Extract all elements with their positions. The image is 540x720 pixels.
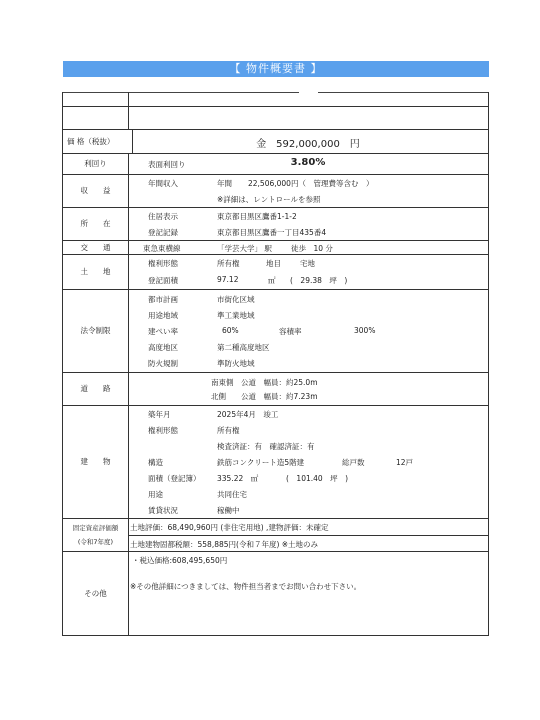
address-value: 東京都目黒区鷹番1-1-2: [217, 211, 297, 222]
table-row-income: 収 益 年間収入 年間 22,506,000円（ 管理費等含む ） ※詳細は、レ…: [62, 175, 489, 208]
income-cell: 年間収入 年間 22,506,000円（ 管理費等含む ） ※詳細は、レントロー…: [128, 175, 488, 207]
zoning-key: 用途地域: [148, 310, 178, 321]
legal-label: 法令制限: [63, 290, 129, 372]
table-row-blank-1: [62, 92, 489, 107]
table-row-legal-restrictions: 法令制限 都市計画 市街化区域 用途地域 準工業地域 建ぺい率 60% 容積率 …: [62, 290, 489, 373]
building-area-tsubo: ( 101.40 坪 ): [286, 473, 348, 484]
legal-cell: 都市計画 市街化区域 用途地域 準工業地域 建ぺい率 60% 容積率 300% …: [128, 290, 488, 372]
building-label: 建 物: [63, 406, 129, 518]
fixed-asset-cell: 土地評価：68,490,960円 (非住宅用地) ,建物評価：未確定 土地建物固…: [128, 519, 488, 551]
other-cell: ・税込価格:608,495,650円 ※その他詳細につきましては、物件担当者まで…: [128, 552, 488, 635]
use-key: 用途: [148, 489, 163, 500]
table-row-price: 価 格（税抜） 金 592,000,000 円: [62, 130, 489, 154]
city-plan-value: 市街化区域: [217, 294, 255, 305]
table-row-road: 道 路 南東側 公道 幅員：約25.0m 北側 公道 幅員：約7.23m: [62, 373, 489, 406]
height-district-key: 高度地区: [148, 342, 178, 353]
fixed-asset-label-line2: (令和7年度): [78, 535, 113, 549]
income-note: ※詳細は、レントロールを参照: [217, 194, 320, 205]
table-row-blank-2: [62, 107, 489, 130]
land-label: 土 地: [63, 255, 129, 289]
building-area-sqm: 335.22 ㎡: [217, 473, 258, 484]
table-row-location: 所 在 住居表示 東京都目黒区鷹番1-1-2 登記記録 東京都目黒区鷹番一丁目4…: [62, 208, 489, 241]
road-southeast: 南東側 公道 幅員：約25.0m: [211, 377, 318, 388]
built-key: 築年月: [148, 409, 171, 420]
land-area-key: 登記面積: [148, 275, 178, 286]
property-tax: 土地建物固都税額：558,885円(令和７年度) ※土地のみ: [130, 539, 318, 550]
fixed-asset-label-line1: 固定資産評価額: [73, 521, 119, 535]
land-valuation: 土地評価：68,490,960円 (非住宅用地) ,建物評価：未確定: [130, 522, 328, 533]
row-value: [128, 107, 488, 129]
road-cell: 南東側 公道 幅員：約25.0m 北側 公道 幅員：約7.23m: [128, 373, 488, 405]
contact-note: ※その他詳細につきましては、物件担当者までお問い合わせ下さい。: [130, 581, 361, 592]
units-value: 12戸: [396, 457, 413, 468]
bcr-key: 建ぺい率: [148, 326, 178, 337]
income-prefix: 年間: [217, 178, 232, 189]
fire-zone-value: 準防火地域: [217, 358, 255, 369]
price-value: 金 592,000,000 円: [128, 135, 488, 150]
table-row-yield: 利回り 表面利回り 3.80%: [62, 154, 489, 175]
certificates: 検査済証：有 確認済証：有: [217, 441, 315, 452]
land-area-tsubo: ( 29.38 坪 ): [290, 275, 347, 286]
price-cell: 金 592,000,000 円: [128, 130, 488, 153]
fire-zone-key: 防火規制: [148, 358, 178, 369]
fixed-asset-label: 固定資産評価額 (令和7年度): [63, 519, 129, 551]
land-rights-key: 権利形態: [148, 258, 178, 269]
address-key: 住居表示: [148, 211, 178, 222]
location-label: 所 在: [63, 208, 129, 240]
station-name: 「学芸大学」 駅: [217, 243, 272, 254]
use-value: 共同住宅: [217, 489, 247, 500]
far-key: 容積率: [279, 326, 302, 337]
yield-value: 3.80%: [128, 157, 488, 168]
walk-time: 徒歩 10 分: [291, 243, 333, 254]
row-label: [63, 107, 129, 129]
yield-label: 利回り: [63, 154, 129, 174]
building-rights-value: 所有権: [217, 425, 240, 436]
land-cell: 権利形態 所有権 地目 宅地 登記面積 97.12 ㎡ ( 29.38 坪 ): [128, 255, 488, 289]
other-label: その他: [63, 552, 129, 635]
building-cell: 築年月 2025年4月 竣工 権利形態 所有権 検査済証：有 確認済証：有 構造…: [128, 406, 488, 518]
row-value: [128, 92, 488, 106]
income-label: 収 益: [63, 175, 129, 207]
lease-key: 賃貸状況: [148, 505, 178, 516]
traffic-cell: 東急東横線 「学芸大学」 駅 徒歩 10 分: [128, 241, 488, 254]
traffic-label: 交 通: [63, 241, 129, 254]
table-row-fixed-asset: 固定資産評価額 (令和7年度) 土地評価：68,490,960円 (非住宅用地)…: [62, 519, 489, 552]
land-area-sqm: 97.12: [217, 275, 238, 284]
lease-value: 稼働中: [217, 505, 240, 516]
land-category-key: 地目: [266, 258, 281, 269]
registry-key: 登記記録: [148, 227, 178, 238]
structure-key: 構造: [148, 457, 163, 468]
units-key: 総戸数: [342, 457, 365, 468]
price-label: 価 格（税抜）: [63, 130, 133, 153]
table-row-other: その他 ・税込価格:608,495,650円 ※その他詳細につきましては、物件担…: [62, 552, 489, 636]
tax-included-price: ・税込価格:608,495,650円: [132, 555, 227, 566]
fixed-asset-subrow: 土地評価：68,490,960円 (非住宅用地) ,建物評価：未確定: [128, 519, 488, 536]
registry-value: 東京都目黒区鷹番一丁目435番4: [217, 227, 326, 238]
income-amount: 22,506,000円（ 管理費等含む ）: [248, 178, 373, 189]
land-rights-value: 所有権: [217, 258, 240, 269]
city-plan-key: 都市計画: [148, 294, 178, 305]
table-row-traffic: 交 通 東急東横線 「学芸大学」 駅 徒歩 10 分: [62, 241, 489, 255]
far-value: 300%: [354, 326, 375, 335]
zoning-value: 準工業地域: [217, 310, 255, 321]
structure-value: 鉄筋コンクリート造5階建: [217, 457, 304, 468]
row-label: [63, 92, 129, 106]
building-rights-key: 権利形態: [148, 425, 178, 436]
yield-cell: 表面利回り 3.80%: [128, 154, 488, 174]
height-district-value: 第二種高度地区: [217, 342, 270, 353]
document-title: 【 物件概要書 】: [63, 61, 489, 77]
road-label: 道 路: [63, 373, 129, 405]
income-key: 年間収入: [148, 178, 178, 189]
location-cell: 住居表示 東京都目黒区鷹番1-1-2 登記記録 東京都目黒区鷹番一丁目435番4: [128, 208, 488, 240]
table-row-building: 建 物 築年月 2025年4月 竣工 権利形態 所有権 検査済証：有 確認済証：…: [62, 406, 489, 519]
sqm-unit: ㎡: [268, 275, 276, 286]
train-line: 東急東横線: [143, 243, 181, 254]
bcr-value: 60%: [222, 326, 239, 335]
road-north: 北側 公道 幅員：約7.23m: [211, 391, 318, 402]
building-area-key: 面積（登記簿）: [148, 473, 201, 484]
table-row-land: 土 地 権利形態 所有権 地目 宅地 登記面積 97.12 ㎡ ( 29.38 …: [62, 255, 489, 290]
land-category-value: 宅地: [300, 258, 315, 269]
built-value: 2025年4月 竣工: [217, 409, 278, 420]
